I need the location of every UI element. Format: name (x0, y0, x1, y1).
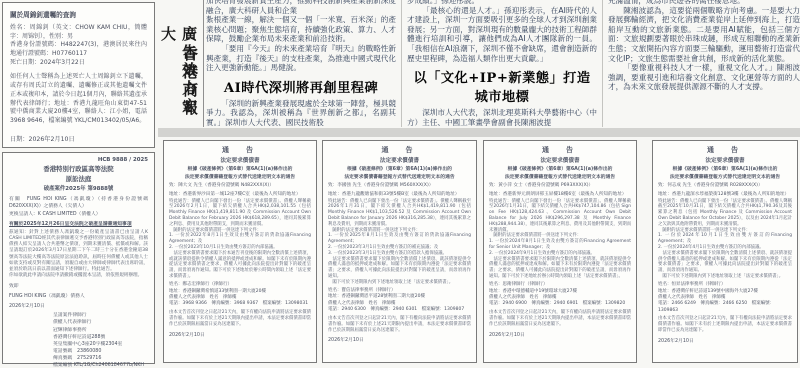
news-a-paragraph: 紮根產業一線，解決一個又一個「一米寬、百米深」的產業核心問題；聚焦生態培育，持續… (206, 15, 396, 44)
notice-1-body: 特此通告：債權人已向閣下發出一份「法定要求償債書」。債權人聲稱截至2026年2月… (169, 199, 311, 280)
court-notice-date: 2026年2月10日 (9, 302, 148, 309)
court-division: 原訟法庭 (9, 174, 148, 183)
masthead-divider-rule (203, 0, 204, 127)
notice-2-solicitor-contact: 姓名：寶信法律事務所（律師行） 地址：香港銅鑼灣恩平道28號利園二期大廈20樓 … (328, 288, 471, 313)
news-a-clipped-line: 加快培育發展新質生產力，推動科技創新與產業創新深度融合，廣大科研人員和企業 (206, 0, 396, 15)
notice-2-addressee: 致：李國強 先生（香港身份證號碼 M560XXX(X)） (328, 182, 471, 188)
notice-2-title: 通 告 (328, 145, 471, 155)
will-inquiry-notice: 關於周錦釗遺囑的查詢 姓名：周錦釗（英文：CHOW KAM CHIU，簡體字：周… (2, 2, 155, 148)
notice-1-service-line: 法定要求償債書藉登報方式替代送達定明文本的通告 (169, 173, 311, 180)
news-column-b: 步成績。」孫迎彤說。 「最核心的還是人才。」孫迎彤表示，在AI時代的人才建設上，… (407, 0, 597, 127)
notice-1-address: 地址：香港新界沙田第一城12座7樓C室（最後為人所知的地址） (169, 191, 311, 197)
notice-4-title: 通 告 (658, 145, 792, 155)
notice-1-closing: 由本文告首次刊登之日起計21天內，閣下有權向法院申請將法定要求償債書作廢。如閣下… (169, 310, 311, 327)
notice-4-body: 特此通告：債權人已向閣下發出一份「法定要求償債書」。債權人聲稱截至2025年10… (658, 199, 792, 280)
notice-2-closing: 由本文告首次刊登之日起計21天內，閣下有權向法院申請將法定要求償債書作廢。如閣下… (328, 316, 471, 333)
law-firm-block: 呈請案件律師行 債權人代表律師行 冠輝律師事務所 香港灣仔軒尼詩道288號 英皇… (53, 312, 148, 368)
court-notice-to-label: 致即 (9, 282, 148, 289)
news-c-paragraph-1: 陳湘波認為，這要從兩個戰略方向考慮。一是要大力發展郵輪經濟，把文化消費產業從岸上… (608, 6, 800, 64)
notice-1-statute-line: 根據《破產條例》（第6章）第6A(1)(a)條作出的 (169, 165, 311, 172)
notice-1-date: 2026年2月10日 (169, 331, 311, 338)
news-column-c: 充滿溫情，成為市民遊客的嚮往棲息地。 陳湘波認為，這要從兩個戰略方向考慮。一是要… (608, 0, 800, 92)
court-name: 香港特別行政區高等法院 (9, 164, 148, 173)
notice-3-date: 2026年2月10日 (489, 331, 631, 338)
notice-subject: 有關於2025年12月26日呈交法院之破產呈請書通知事項 (9, 220, 148, 227)
notice-1-addressee: 致：陳大文 先生（香港身份證號碼 N482XXX(X)） (169, 182, 311, 188)
statutory-demand-notice-3: 通 告 法定要求償債書 根據《破產條例》（第6章）第6A(1)(a)條作出的 法… (483, 140, 637, 363)
statutory-demand-notice-2: 通 告 法定要求償債書 根據《破產條例》（第6章）第6A(1)(a)條作出的 法… (322, 140, 477, 363)
notice-1-solicitor-contact: 姓名：鄭志宏律師行（律師行） 地址：香港銅鑼灣希慎道33號利園一期大廈20樓 債… (169, 282, 311, 307)
notice-2-body: 特此通告：債權人已向閣下發出一份「法定要求償債書」。債權人聲稱截至2026年1月… (328, 199, 471, 286)
statutory-demand-notice-1: 通 告 法定要求償債書 根據《破產條例》（第6章）第6A(1)(a)條作出的 法… (163, 140, 317, 363)
statutory-demand-notice-4: 通 告 法定要求償債書 根據《破產條例》（第6章）第6A(1)(a)條作出的 法… (652, 140, 798, 363)
debtor-name-line: FUNG HOI KING（馮凱瓊）債務人 (9, 292, 148, 299)
notice-4-date: 2026年2月10日 (658, 337, 792, 344)
news-headline-culture-ip: 以「文化+IP+新業態」打造城市地標 (407, 67, 597, 105)
deceased-name-line: 姓名：周錦釗（英文：CHOW KAM CHIU，簡體字：周锦钊），性別：男 (10, 24, 147, 41)
news-c-paragraph-2: 「要像重視科技人才一樣，重視文化人才。」陳湘波強調，要重視引進和培養文化創意、文… (608, 63, 800, 92)
court-notice-body: 茲通知：針對上述債務人馮凱瓊之一份破產呈請書已由呈請人K CASH LIMITE… (9, 230, 148, 279)
notice-4-addressee: 致：何志成 先生（香港身份證號碼 R028XXX(X)） (658, 182, 792, 188)
notice-4-solicitor-contact: 姓名：恒昇法律事務所（律師行） 地址：香港灣仔軒尼詩道139號中國海外大廈27樓… (658, 282, 792, 313)
notice-2-statute-line: 根據《破產條例》（第6章）第6A(1)(a)條作出的 (328, 165, 471, 172)
notice-4-statute-line: 根據《破產條例》（第6章）第6A(1)(a)條作出的 (658, 165, 792, 172)
will-notice-body: 如任何人士聲稱為上述死亡人士周錦釗立下遺囑，或存有周氏訂立的遺囑、遺囑修正或其他… (10, 73, 147, 125)
notice-4-address: 地址：香港九龍深水埗福榮街128號3樓（最後為人所知的地址） (658, 191, 792, 197)
case-reference: HCB 9888 / 2025 (9, 157, 148, 163)
death-date-line: 死亡日期：2024年3月22日 (10, 59, 147, 68)
news-section: 加快培育發展新質生產力，推動科技創新與產業創新深度融合，廣大科研人員和企業 紮根… (206, 0, 800, 127)
notice-3-subtitle: 法定要求償債書 (489, 156, 631, 164)
notice-4-subtitle: 法定要求償債書 (658, 156, 792, 164)
notice-3-service-line: 法定要求償債書藉登報方式替代送達定明文本的通告 (489, 173, 631, 180)
notice-4-service-line: 法定要求償債書藉登報方式替代送達定明文本的通告 (658, 173, 792, 180)
notice-3-closing: 由本文告首次刊登之日起計21天內，閣下有權向法院申請將法定要求償債書作廢。如閣下… (489, 310, 631, 327)
notice-1-subtitle: 法定要求償債書 (169, 156, 311, 164)
notice-3-statute-line: 根據《破產條例》（第6章）第6A(1)(a)條作出的 (489, 165, 631, 172)
petitioner-line: 更換呈請人：K CASH LIMITED（債權人） (9, 210, 148, 217)
masthead-paper-name: 香港商報 (180, 46, 201, 118)
news-b-paragraph-after-headline: 深圳市人大代表，深圳北理莫斯科大學藝術中心（中方）主任、中國工筆畫學會副會長陳湘… (407, 108, 597, 127)
news-column-a: 加快培育發展新質生產力，推動科技創新與產業創新深度融合，廣大科研人員和企業 紮根… (206, 0, 396, 127)
news-a-quote-paragraph: 「要用『今天』的未來產業培育『明天』的戰略性新興產業，打造『後天』的支柱產業，為… (206, 44, 396, 73)
re-debtor-line: 有關 FUNG HOI KING（馮凱瓊）（持香港身份證號碼 D620XXX(X… (9, 195, 148, 209)
notice-2-address: 地址：香港九龍觀塘協和街33號5樓B室（最後為人所知的地址） (328, 191, 471, 197)
notice-2-date: 2026年2月10日 (328, 336, 471, 343)
notice-3-solicitor-contact: 姓名：思衛律師行（律師行） 地址：香港中環德輔道中19號環球大廈27樓 債權人之… (489, 282, 631, 307)
notice-3-body: 特此通告：債權人已向閣下發出一份「法定要求償債書」。債權人聲稱截至2026年1月… (489, 199, 631, 280)
news-headline-ai-milestone: AI時代深圳將再創里程碑 (206, 77, 396, 96)
court-bankruptcy-notice: HCB 9888 / 2025 香港特別行政區高等法院 原訟法庭 破產案件202… (2, 152, 155, 364)
notice-2-service-line: 法定要求償債書藉登報方式替代送達定明文本的通告 (328, 173, 471, 180)
section-divider-band (158, 128, 800, 137)
notice-1-title: 通 告 (169, 145, 311, 155)
will-notice-title: 關於周錦釗遺囑的查詢 (10, 9, 147, 19)
will-notice-date: 日期：2026年2月10日 (10, 134, 147, 143)
masthead: 廣告效力宏大 香港商報 (157, 0, 203, 127)
news-a-paragraph-after-headline: 「深圳的新興產業發展現處於全球第一陣營，極具競爭力。我認為，深圳被稱為『世界創新… (206, 99, 396, 127)
notice-2-subtitle: 法定要求償債書 (328, 156, 471, 164)
case-number: 破產案件2025年 第9888號 (9, 184, 148, 192)
news-b-paragraph: 「最核心的還是人才。」孫迎彤表示，在AI時代的人才建設上，深圳一方面要吸引更多的… (407, 6, 597, 64)
notice-3-address: 地址：香港新界元朗朗屏邨玉屏樓18樓6室（最後為人所知的地址） (489, 191, 631, 197)
notice-3-title: 通 告 (489, 145, 631, 155)
notice-4-closing: 由本文告首次刊登之日起計21天內，閣下有權向法院申請將法定要求償債書作廢。如閣下… (658, 316, 792, 333)
deceased-id-line: 香港身份證號碼：H482247(3)，港澳居民來往內地通行證號碼：H077601… (10, 41, 147, 58)
notice-3-addressee: 致：黃小萍 女士（香港身份證號碼 P693XXX(X)） (489, 182, 631, 188)
